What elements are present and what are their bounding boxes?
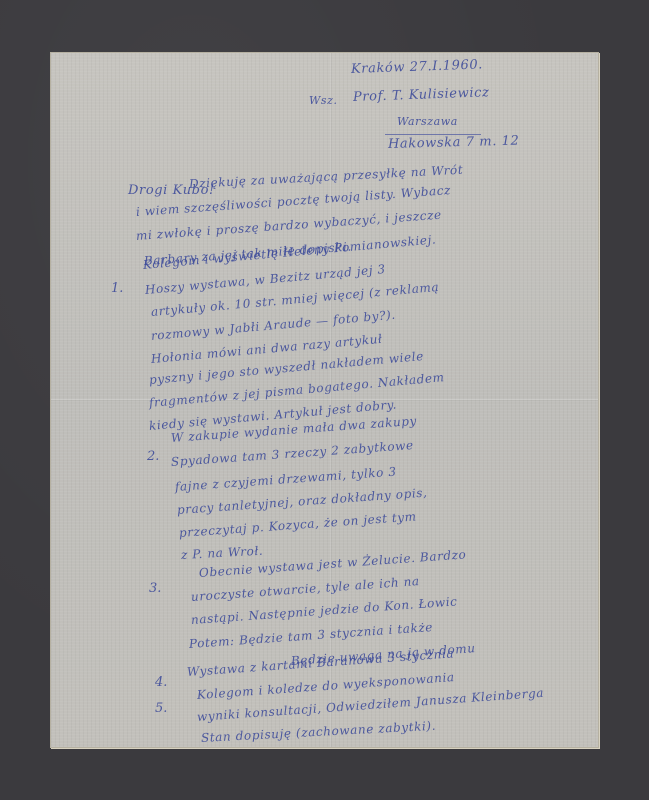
- item-number: 3.: [149, 581, 161, 596]
- letter-paper: Kraków 27.I.1960. Wsz. Prof. T. Kulisiew…: [51, 53, 598, 747]
- recipient-prefix: Wsz.: [309, 94, 338, 107]
- item-number: 5.: [155, 701, 167, 716]
- item-line: Stan dopisuję (zachowane zabytki).: [201, 719, 437, 745]
- place-date: Kraków 27.I.1960.: [351, 57, 483, 77]
- recipient-name: Prof. T. Kulisiewicz: [353, 85, 490, 105]
- item-number: 4.: [155, 675, 167, 690]
- item-number: 2.: [147, 449, 159, 464]
- item-line: Spyadowa tam 3 rzeczy 2 zabytkowe: [171, 438, 415, 469]
- item-number: 1.: [111, 281, 123, 296]
- item-line: z P. na Wroł.: [181, 544, 264, 562]
- recipient-city: Warszawa: [397, 115, 458, 128]
- vertical-fold-line: [330, 53, 332, 747]
- horizontal-fold-line: [51, 399, 598, 401]
- recipient-address: Hakowska 7 m. 12: [388, 134, 520, 152]
